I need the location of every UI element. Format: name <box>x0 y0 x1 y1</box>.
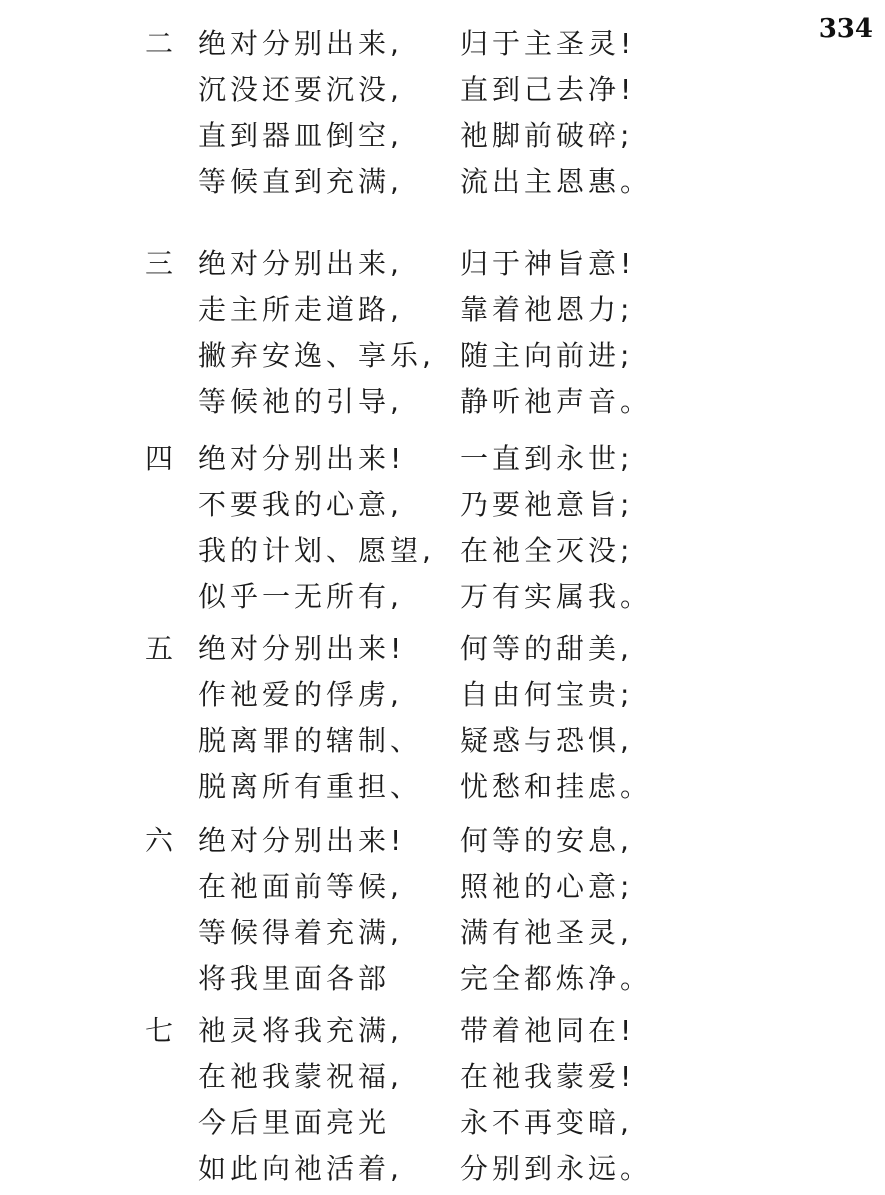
line-first-half: 我的计划、愿望, <box>198 528 435 574</box>
line-first-half: 似乎一无所有, <box>198 574 403 620</box>
line-first-half: 绝对分别出来, <box>198 241 403 287</box>
line-second-half: 疑惑与恐惧, <box>460 718 633 764</box>
line-first-half: 祂灵将我充满, <box>198 1008 403 1054</box>
line-first-half: 等候直到充满, <box>198 159 403 205</box>
line-first-half: 直到器皿倒空, <box>198 113 403 159</box>
verse-2: 二 绝对分别出来, 归于主圣灵! 沉没还要沉没, 直到己去净! 直到器皿倒空, … <box>145 21 665 205</box>
line-second-half: 分别到永远。 <box>460 1146 652 1192</box>
verse-6: 六 绝对分别出来! 何等的安息, 在祂面前等候, 照祂的心意; 等候得着充满, … <box>145 818 665 1002</box>
line-first-half: 脱离罪的辖制、 <box>198 718 422 764</box>
verse-line: 在祂我蒙祝福, 在祂我蒙爱! <box>145 1054 665 1100</box>
verse-number: 三 <box>145 241 185 287</box>
verse-line: 在祂面前等候, 照祂的心意; <box>145 864 665 910</box>
verse-line: 七 祂灵将我充满, 带着祂同在! <box>145 1008 665 1054</box>
verse-line: 等候直到充满, 流出主恩惠。 <box>145 159 665 205</box>
line-second-half: 乃要祂意旨; <box>460 482 633 528</box>
verse-number: 六 <box>145 818 185 864</box>
verse-line: 二 绝对分别出来, 归于主圣灵! <box>145 21 665 67</box>
line-first-half: 走主所走道路, <box>198 287 403 333</box>
line-second-half: 在祂我蒙爱! <box>460 1054 635 1100</box>
verse-number: 七 <box>145 1008 185 1054</box>
verse-3: 三 绝对分别出来, 归于神旨意! 走主所走道路, 靠着祂恩力; 撇弃安逸、享乐,… <box>145 241 665 425</box>
verse-line: 作祂爱的俘虏, 自由何宝贵; <box>145 672 665 718</box>
line-first-half: 在祂我蒙祝福, <box>198 1054 403 1100</box>
line-first-half: 绝对分别出来, <box>198 21 403 67</box>
verse-line: 五 绝对分别出来! 何等的甜美, <box>145 626 665 672</box>
line-second-half: 祂脚前破碎; <box>460 113 633 159</box>
line-second-half: 在祂全灭没; <box>460 528 633 574</box>
line-first-half: 将我里面各部 <box>198 956 390 1002</box>
verse-line: 沉没还要沉没, 直到己去净! <box>145 67 665 113</box>
line-second-half: 带着祂同在! <box>460 1008 635 1054</box>
line-second-half: 直到己去净! <box>460 67 635 113</box>
line-second-half: 忧愁和挂虑。 <box>460 764 652 810</box>
verse-line: 似乎一无所有, 万有实属我。 <box>145 574 665 620</box>
verse-line: 四 绝对分别出来! 一直到永世; <box>145 436 665 482</box>
verse-4: 四 绝对分别出来! 一直到永世; 不要我的心意, 乃要祂意旨; 我的计划、愿望,… <box>145 436 665 620</box>
line-first-half: 绝对分别出来! <box>198 818 405 864</box>
line-first-half: 沉没还要沉没, <box>198 67 403 113</box>
verse-line: 脱离罪的辖制、 疑惑与恐惧, <box>145 718 665 764</box>
verse-line: 如此向祂活着, 分别到永远。 <box>145 1146 665 1192</box>
verse-line: 直到器皿倒空, 祂脚前破碎; <box>145 113 665 159</box>
verse-line: 等候祂的引导, 静听祂声音。 <box>145 379 665 425</box>
line-second-half: 万有实属我。 <box>460 574 652 620</box>
verse-line: 今后里面亮光 永不再变暗, <box>145 1100 665 1146</box>
line-first-half: 绝对分别出来! <box>198 436 405 482</box>
line-first-half: 如此向祂活着, <box>198 1146 403 1192</box>
line-first-half: 作祂爱的俘虏, <box>198 672 403 718</box>
line-second-half: 归于神旨意! <box>460 241 635 287</box>
line-second-half: 静听祂声音。 <box>460 379 652 425</box>
line-second-half: 随主向前进; <box>460 333 633 379</box>
verse-line: 三 绝对分别出来, 归于神旨意! <box>145 241 665 287</box>
line-second-half: 一直到永世; <box>460 436 633 482</box>
verse-line: 不要我的心意, 乃要祂意旨; <box>145 482 665 528</box>
verse-number: 二 <box>145 21 185 67</box>
line-second-half: 何等的安息, <box>460 818 633 864</box>
verse-number: 四 <box>145 436 185 482</box>
verse-line: 等候得着充满, 满有祂圣灵, <box>145 910 665 956</box>
line-second-half: 完全都炼净。 <box>460 956 652 1002</box>
line-second-half: 永不再变暗, <box>460 1100 633 1146</box>
line-first-half: 等候得着充满, <box>198 910 403 956</box>
line-first-half: 绝对分别出来! <box>198 626 405 672</box>
verse-number: 五 <box>145 626 185 672</box>
line-first-half: 不要我的心意, <box>198 482 403 528</box>
line-second-half: 归于主圣灵! <box>460 21 635 67</box>
verse-line: 六 绝对分别出来! 何等的安息, <box>145 818 665 864</box>
verse-line: 撇弃安逸、享乐, 随主向前进; <box>145 333 665 379</box>
verse-line: 走主所走道路, 靠着祂恩力; <box>145 287 665 333</box>
line-first-half: 今后里面亮光 <box>198 1100 390 1146</box>
verse-line: 脱离所有重担、 忧愁和挂虑。 <box>145 764 665 810</box>
line-second-half: 何等的甜美, <box>460 626 633 672</box>
line-second-half: 自由何宝贵; <box>460 672 633 718</box>
line-second-half: 流出主恩惠。 <box>460 159 652 205</box>
line-first-half: 撇弃安逸、享乐, <box>198 333 435 379</box>
line-second-half: 靠着祂恩力; <box>460 287 633 333</box>
verse-5: 五 绝对分别出来! 何等的甜美, 作祂爱的俘虏, 自由何宝贵; 脱离罪的辖制、 … <box>145 626 665 810</box>
line-second-half: 满有祂圣灵, <box>460 910 633 956</box>
line-first-half: 在祂面前等候, <box>198 864 403 910</box>
line-first-half: 等候祂的引导, <box>198 379 403 425</box>
verse-line: 将我里面各部 完全都炼净。 <box>145 956 665 1002</box>
line-second-half: 照祂的心意; <box>460 864 633 910</box>
page-number: 334 <box>819 14 873 44</box>
line-first-half: 脱离所有重担、 <box>198 764 422 810</box>
verse-line: 我的计划、愿望, 在祂全灭没; <box>145 528 665 574</box>
verse-7: 七 祂灵将我充满, 带着祂同在! 在祂我蒙祝福, 在祂我蒙爱! 今后里面亮光 永… <box>145 1008 665 1192</box>
